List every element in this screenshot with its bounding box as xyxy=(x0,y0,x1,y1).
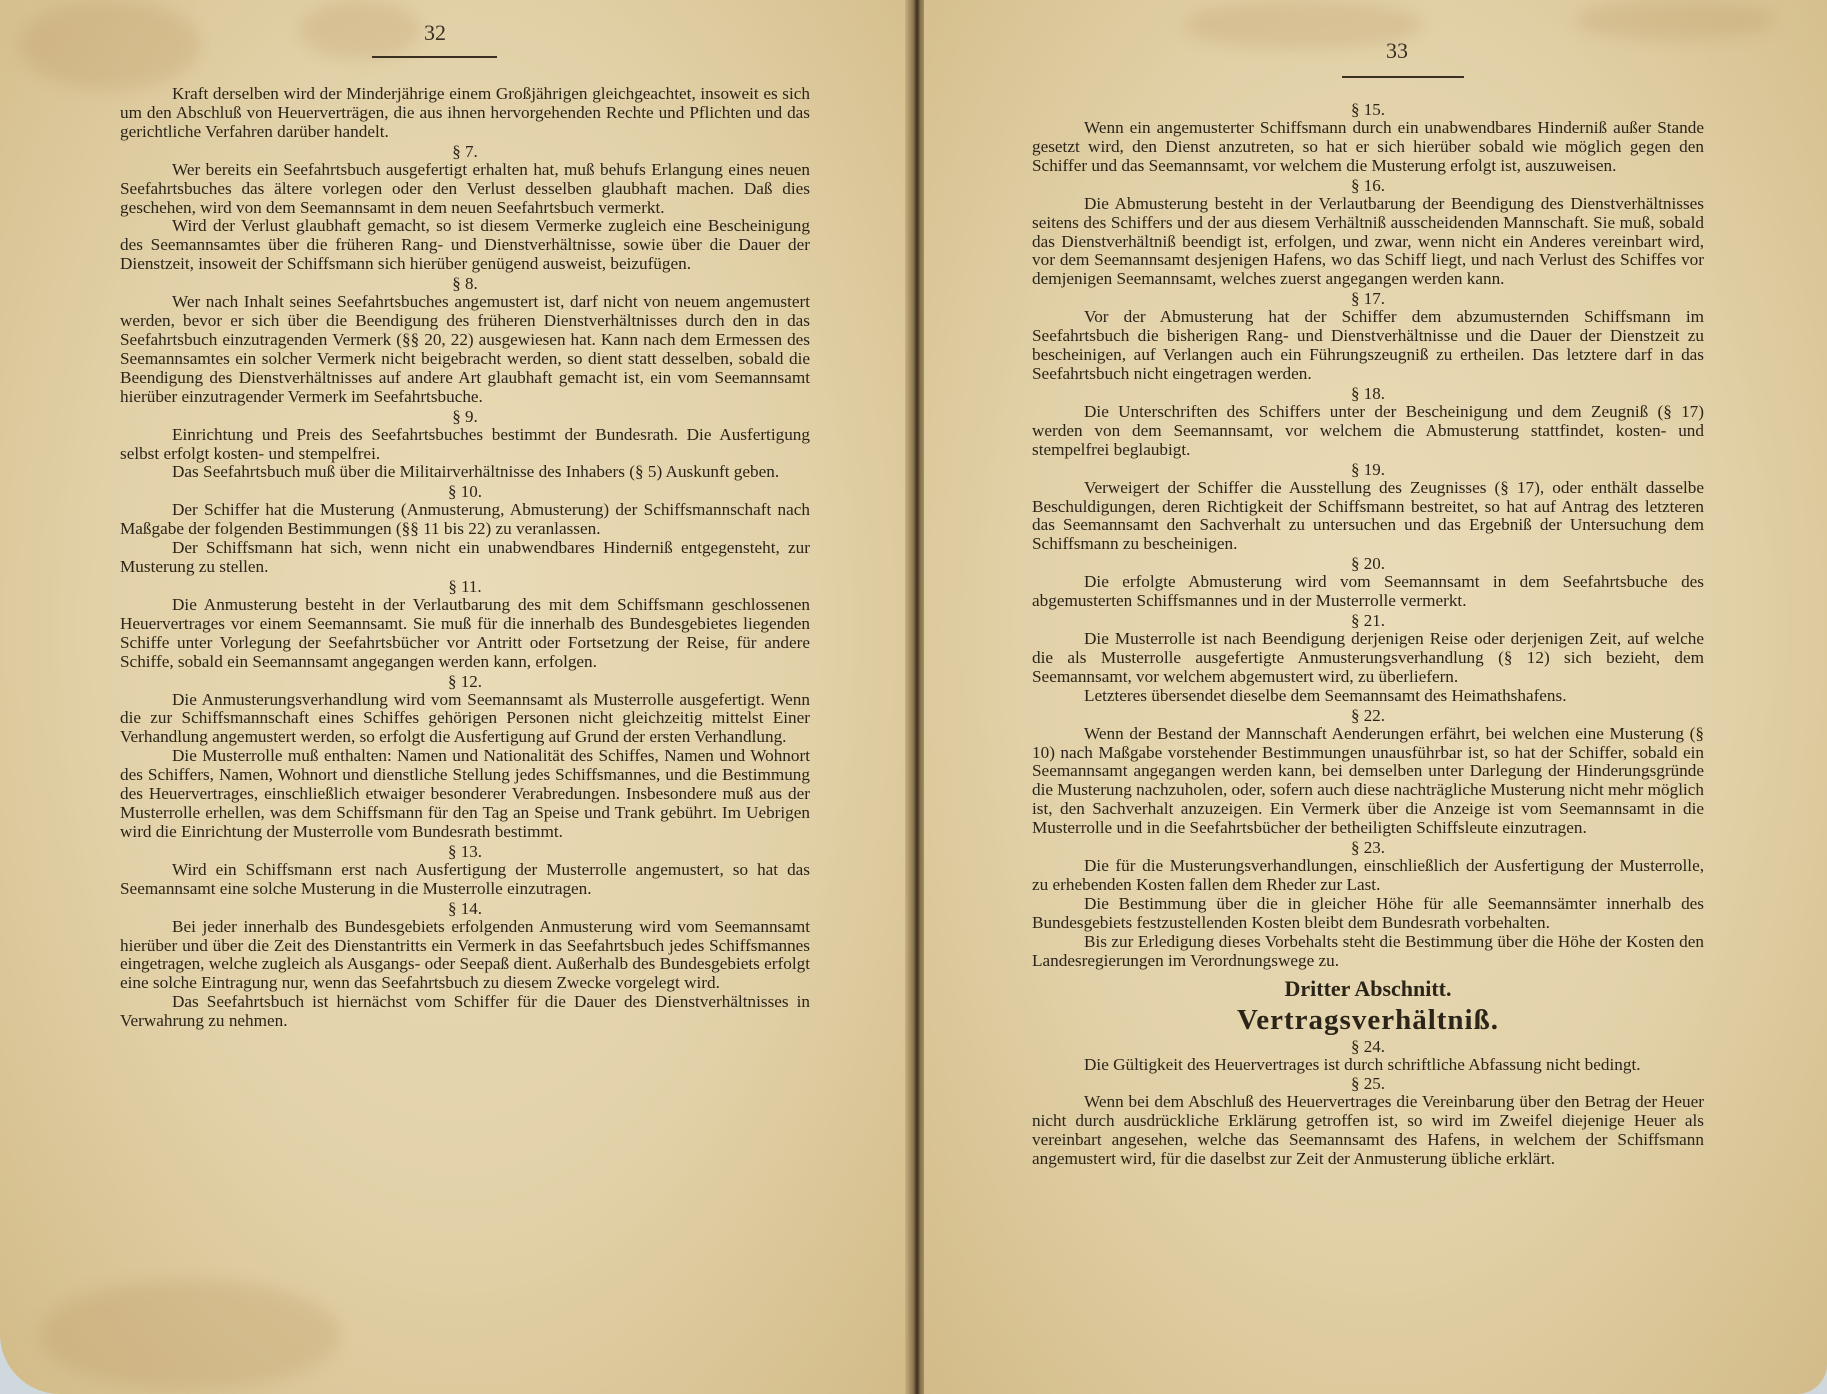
page-number: 33 xyxy=(1386,38,1408,64)
chapter-heading: Vertragsverhältniß. xyxy=(1032,1003,1704,1037)
paragraph: Die für die Musterungsverhandlungen, ein… xyxy=(1032,857,1704,895)
section-number: § 9. xyxy=(120,407,810,426)
paper-stain xyxy=(300,0,420,60)
section-number: § 23. xyxy=(1032,838,1704,857)
paragraph: Der Schiffsmann hat sich, wenn nicht ein… xyxy=(120,539,810,577)
section-number: § 19. xyxy=(1032,460,1704,479)
paper-stain xyxy=(40,1280,340,1390)
paragraph: Einrichtung und Preis des Seefahrtsbuche… xyxy=(120,426,810,464)
book-spread: 32 Kraft derselben wird der Minderjährig… xyxy=(0,0,1827,1394)
paragraph: Die Anmusterungsverhandlung wird vom See… xyxy=(120,691,810,748)
right-page: 33 § 15.Wenn ein angemusterter Schiffsma… xyxy=(924,0,1827,1394)
paragraph: Wird ein Schiffsmann erst nach Ausfertig… xyxy=(120,861,810,899)
paragraph: Wer bereits ein Seefahrtsbuch ausgeferti… xyxy=(120,161,810,218)
section-number: § 20. xyxy=(1032,554,1704,573)
paragraph: Letzteres übersendet dieselbe dem Seeman… xyxy=(1032,687,1704,706)
paragraph: Wenn der Bestand der Mannschaft Aenderun… xyxy=(1032,725,1704,838)
paper-stain xyxy=(20,0,200,90)
section-number: § 7. xyxy=(120,142,810,161)
paragraph: Bei jeder innerhalb des Bundesgebiets er… xyxy=(120,918,810,994)
paragraph: Wenn bei dem Abschluß des Heuervertrages… xyxy=(1032,1093,1704,1169)
paragraph: Der Schiffer hat die Musterung (Anmuster… xyxy=(120,501,810,539)
left-page: 32 Kraft derselben wird der Minderjährig… xyxy=(0,0,912,1394)
section-number: § 24. xyxy=(1032,1037,1704,1056)
section-number: § 21. xyxy=(1032,611,1704,630)
paragraph: Die Gültigkeit des Heuervertrages ist du… xyxy=(1032,1056,1704,1075)
header-rule xyxy=(372,56,497,58)
paragraph: Kraft derselben wird der Minderjährige e… xyxy=(120,85,810,142)
paragraph: Vor der Abmusterung hat der Schiffer dem… xyxy=(1032,308,1704,384)
section-number: § 14. xyxy=(120,899,810,918)
section-number: § 17. xyxy=(1032,289,1704,308)
right-page-text: § 15.Wenn ein angemusterter Schiffsmann … xyxy=(1032,100,1704,1169)
section-number: § 13. xyxy=(120,842,810,861)
left-page-text: Kraft derselben wird der Minderjährige e… xyxy=(120,85,810,1031)
paper-stain xyxy=(1574,0,1774,40)
paragraph: Die Abmusterung besteht in der Verlautba… xyxy=(1032,195,1704,290)
paragraph: Die erfolgte Abmusterung wird vom Seeman… xyxy=(1032,573,1704,611)
section-number: § 8. xyxy=(120,274,810,293)
paragraph: Verweigert der Schiffer die Ausstellung … xyxy=(1032,479,1704,555)
paragraph: Die Unterschriften des Schiffers unter d… xyxy=(1032,403,1704,460)
paragraph: Die Musterrolle ist nach Beendigung derj… xyxy=(1032,630,1704,687)
section-number: § 18. xyxy=(1032,384,1704,403)
page-number: 32 xyxy=(424,20,446,46)
paragraph: Wenn ein angemusterter Schiffsmann durch… xyxy=(1032,119,1704,176)
paragraph: Das Seefahrtsbuch muß über die Militairv… xyxy=(120,463,810,482)
section-number: § 22. xyxy=(1032,706,1704,725)
paragraph: Bis zur Erledigung dieses Vorbehalts ste… xyxy=(1032,933,1704,971)
section-number: § 11. xyxy=(120,577,810,596)
paragraph: Die Bestimmung über die in gleicher Höhe… xyxy=(1032,895,1704,933)
section-number: § 25. xyxy=(1032,1074,1704,1093)
paragraph: Die Anmusterung besteht in der Verlautba… xyxy=(120,596,810,672)
header-rule xyxy=(1342,76,1464,78)
paragraph: Wer nach Inhalt seines Seefahrtsbuches a… xyxy=(120,293,810,406)
section-number: § 12. xyxy=(120,672,810,691)
paragraph: Wird der Verlust glaubhaft gemacht, so i… xyxy=(120,217,810,274)
section-number: § 16. xyxy=(1032,176,1704,195)
section-number: § 15. xyxy=(1032,100,1704,119)
section-number: § 10. xyxy=(120,482,810,501)
chapter-heading: Dritter Abschnitt. xyxy=(1032,975,1704,1003)
paragraph: Das Seefahrtsbuch ist hiernächst vom Sch… xyxy=(120,993,810,1031)
paragraph: Die Musterrolle muß enthalten: Namen und… xyxy=(120,747,810,842)
